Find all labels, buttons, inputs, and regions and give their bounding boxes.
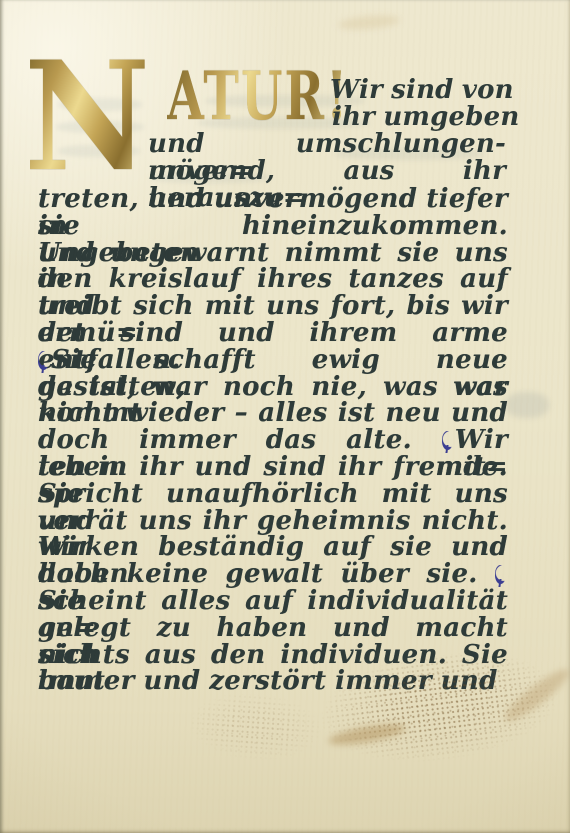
text-line: Sie schafft ewig neue gestalten, was [38,347,508,374]
paragraph-mark-icon [442,431,453,450]
stain [338,13,401,31]
text-line: Wir sind von [330,77,514,104]
text-line: verrät uns ihr geheimnis nicht. Wir [38,508,508,535]
text-line: treten, und unvermögend tiefer in [38,186,508,213]
text-line: gelegt zu haben und macht sich [38,615,508,642]
text-line: doch immer das alte. Wir leben mit= [38,427,508,454]
text-line: treibt sich mit uns fort, bis wir ermü= [38,293,508,320]
text-line: wirken beständig auf sie und haben [38,534,508,561]
illuminated-heading: ATUR! [167,63,349,129]
showthrough-smudge [505,392,549,418]
text-line: doch keine gewalt über sie. Sie [38,561,508,588]
text-line: ten in ihr und sind ihr fremde. Sie [38,454,508,481]
text-line: nicht wieder – alles ist neu und [38,400,508,427]
text-block: treten, und unvermögend tiefer insie hin… [38,186,508,695]
text-line: den kreislauf ihres tanzes auf und [38,266,508,293]
text-line: spricht unaufhörlich mit uns und [38,481,508,508]
text-line: sie hineinzukommen. Ungebeten [38,213,508,240]
paragraph-mark-icon [38,351,49,370]
text-line: scheint alles auf individualität an= [38,588,508,615]
text-line: det sind und ihrem arme entfallen. [38,320,508,347]
vellum-speckles [183,690,328,775]
manuscript-page: N ATUR! Wir sind von ihr umgeben und ums… [0,0,570,833]
paragraph-mark-icon [495,565,506,584]
text-line: ihr umgeben [332,104,520,131]
text-line: und ungewarnt nimmt sie uns in [38,240,508,267]
text-line: da ist, war noch nie, was war kommt [38,374,508,401]
illuminated-initial: N [24,42,150,192]
